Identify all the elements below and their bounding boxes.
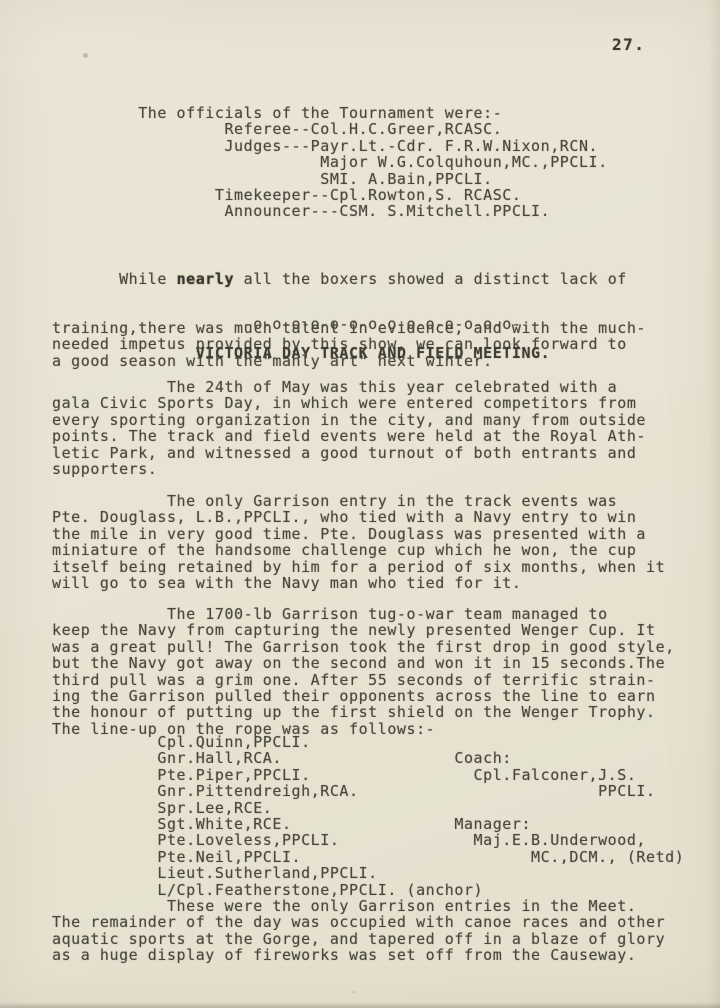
boxing-line1-pre: While bbox=[52, 270, 177, 288]
text-line: The 24th of May was this year celebrated… bbox=[52, 379, 646, 395]
text-line: but the Navy got away on the second and … bbox=[52, 655, 675, 671]
text-line: ing the Garrison pulled their opponents … bbox=[52, 688, 675, 704]
officials-list: The officials of the Tournament were:- R… bbox=[52, 105, 608, 220]
text-line: Pte. Douglass, L.B.,PPCLI., who tied wit… bbox=[52, 509, 665, 525]
text-line: supporters. bbox=[52, 461, 646, 477]
closing-paragraph: These were the only Garrison entries in … bbox=[52, 898, 665, 964]
text-line: Referee--Col.H.C.Greer,RCASC. bbox=[52, 121, 608, 137]
tug-o-war-paragraph: The 1700-lb Garrison tug-o-war team mana… bbox=[52, 606, 675, 737]
text-line: Judges---Payr.Lt.-Cdr. F.R.W.Nixon,RCN. bbox=[52, 138, 608, 154]
text-line: These were the only Garrison entries in … bbox=[52, 898, 665, 914]
text-line: itself being retained by him for a perio… bbox=[52, 559, 665, 575]
text-line: the honour of putting up the first shiel… bbox=[52, 704, 675, 720]
text-line: will go to sea with the Navy man who tie… bbox=[52, 575, 665, 591]
text-line: Cpl.Quinn,PPCLI. bbox=[52, 734, 684, 750]
text-line: letic Park, and witnessed a good turnout… bbox=[52, 445, 646, 461]
text-line: aquatic sports at the Gorge, and tapered… bbox=[52, 931, 665, 947]
text-line: as a huge display of fireworks was set o… bbox=[52, 947, 665, 963]
paper-speck bbox=[83, 53, 88, 58]
text-line: Pte.Piper,PPCLI. Cpl.Falconer,J.S. bbox=[52, 767, 684, 783]
page-number: 27. bbox=[612, 37, 645, 53]
text-line: Spr.Lee,RCE. bbox=[52, 800, 684, 816]
text-line: Lieut.Sutherland,PPCLI. bbox=[52, 865, 684, 881]
text-line: Pte.Loveless,PPCLI. Maj.E.B.Underwood, bbox=[52, 832, 684, 848]
text-line: third pull was a grim one. After 55 seco… bbox=[52, 672, 675, 688]
text-line: SMI. A.Bain,PPCLI. bbox=[52, 171, 608, 187]
text-line: The only Garrison entry in the track eve… bbox=[52, 493, 665, 509]
mile-race-paragraph: The only Garrison entry in the track eve… bbox=[52, 493, 665, 591]
section-heading: VICTORIA DAY TRACK AND FIELD MEETING. bbox=[52, 345, 550, 361]
section-separator: -o-o-o-o-o-o-o-o-o-o-o-o-o-o- bbox=[52, 316, 521, 332]
text-line: gala Civic Sports Day, in which were ent… bbox=[52, 395, 646, 411]
boxing-line1-post: all the boxers showed a distinct lack of bbox=[234, 270, 627, 288]
boxing-paragraph-first-line: While nearly all the boxers showed a dis… bbox=[52, 271, 646, 287]
text-line: The officials of the Tournament were:- bbox=[52, 105, 608, 121]
text-line: Major W.G.Colquhoun,MC.,PPCLI. bbox=[52, 154, 608, 170]
text-line: Gnr.Hall,RCA. Coach: bbox=[52, 750, 684, 766]
scan-right-edge-shading bbox=[708, 0, 720, 1008]
paper-speck bbox=[352, 991, 355, 993]
victoria-day-paragraph: The 24th of May was this year celebrated… bbox=[52, 379, 646, 477]
text-line: The remainder of the day was occupied wi… bbox=[52, 914, 665, 930]
text-line: Gnr.Pittendreigh,RCA. PPCLI. bbox=[52, 783, 684, 799]
document-page: 27. The officials of the Tournament were… bbox=[0, 0, 720, 1008]
text-line: points. The track and field events were … bbox=[52, 428, 646, 444]
text-line: The 1700-lb Garrison tug-o-war team mana… bbox=[52, 606, 675, 622]
text-line: Pte.Neil,PPCLI. MC.,DCM., (Retd) bbox=[52, 849, 684, 865]
text-line: Announcer---CSM. S.Mitchell.PPCLI. bbox=[52, 203, 608, 219]
scan-bottom-edge-shading bbox=[0, 1002, 720, 1008]
text-line: miniature of the handsome challenge cup … bbox=[52, 542, 665, 558]
text-line: the mile in very good time. Pte. Douglas… bbox=[52, 526, 665, 542]
boxing-line1-bold-word: nearly bbox=[177, 270, 235, 288]
text-line: L/Cpl.Featherstone,PPCLI. (anchor) bbox=[52, 882, 684, 898]
rope-lineup-list: Cpl.Quinn,PPCLI. Gnr.Hall,RCA. Coach: Pt… bbox=[52, 734, 684, 898]
text-line: every sporting organization in the city,… bbox=[52, 412, 646, 428]
text-line: Sgt.White,RCE. Manager: bbox=[52, 816, 684, 832]
text-line: was a great pull! The Garrison took the … bbox=[52, 639, 675, 655]
text-line: Timekeeper--Cpl.Rowton,S. RCASC. bbox=[52, 187, 608, 203]
text-line: keep the Navy from capturing the newly p… bbox=[52, 622, 675, 638]
